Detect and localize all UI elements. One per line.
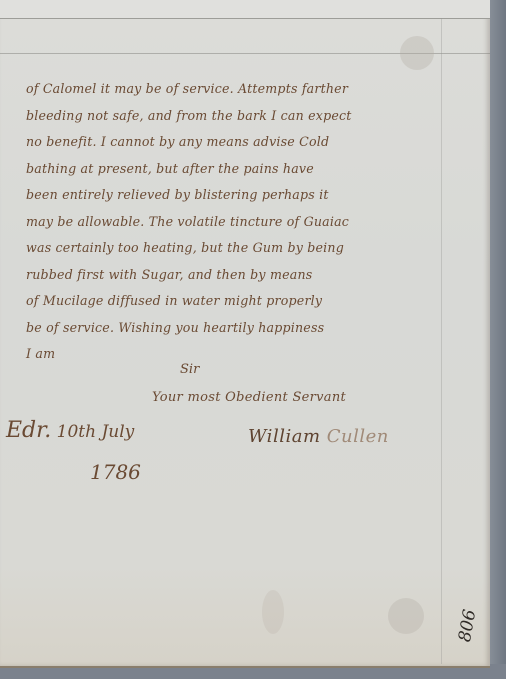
- letter-line: be of service. Wishing you heartily happ…: [26, 315, 446, 342]
- letter-line: rubbed first with Sugar, and then by mea…: [26, 262, 446, 289]
- paper-stain: [388, 598, 424, 634]
- letter-line: was certainly too heating, but the Gum b…: [26, 235, 446, 262]
- letter-line: of Mucilage diffused in water might prop…: [26, 288, 446, 315]
- letter-line: bleeding not safe, and from the bark I c…: [26, 103, 446, 130]
- dateline-place: Edr.: [6, 418, 51, 443]
- dateline: Edr. 10th July: [6, 418, 134, 443]
- salutation: Sir: [180, 362, 199, 377]
- dateline-year: 1786: [90, 460, 141, 484]
- folio-number: 806: [455, 608, 480, 643]
- manuscript-page: of Calomel it may be of service. Attempt…: [0, 0, 490, 668]
- letter-line: I am: [26, 341, 446, 368]
- scan-backdrop-right: [488, 0, 506, 679]
- letter-body: of Calomel it may be of service. Attempt…: [26, 76, 446, 368]
- page-top-edge: [0, 0, 490, 19]
- letter-line: bathing at present, but after the pains …: [26, 156, 446, 183]
- paper-stain: [400, 36, 434, 70]
- signature-last-name: Cullen: [327, 426, 389, 447]
- signature: William Cullen: [248, 426, 389, 447]
- signature-first-name: William: [248, 426, 321, 447]
- letter-line: been entirely relieved by blistering per…: [26, 182, 446, 209]
- letter-line: of Calomel it may be of service. Attempt…: [26, 76, 446, 103]
- letter-line: no benefit. I cannot by any means advise…: [26, 129, 446, 156]
- paper-stain: [262, 590, 284, 634]
- letter-line: may be allowable. The volatile tincture …: [26, 209, 446, 236]
- dateline-day-month: 10th July: [57, 422, 135, 442]
- valediction: Your most Obedient Servant: [152, 390, 346, 405]
